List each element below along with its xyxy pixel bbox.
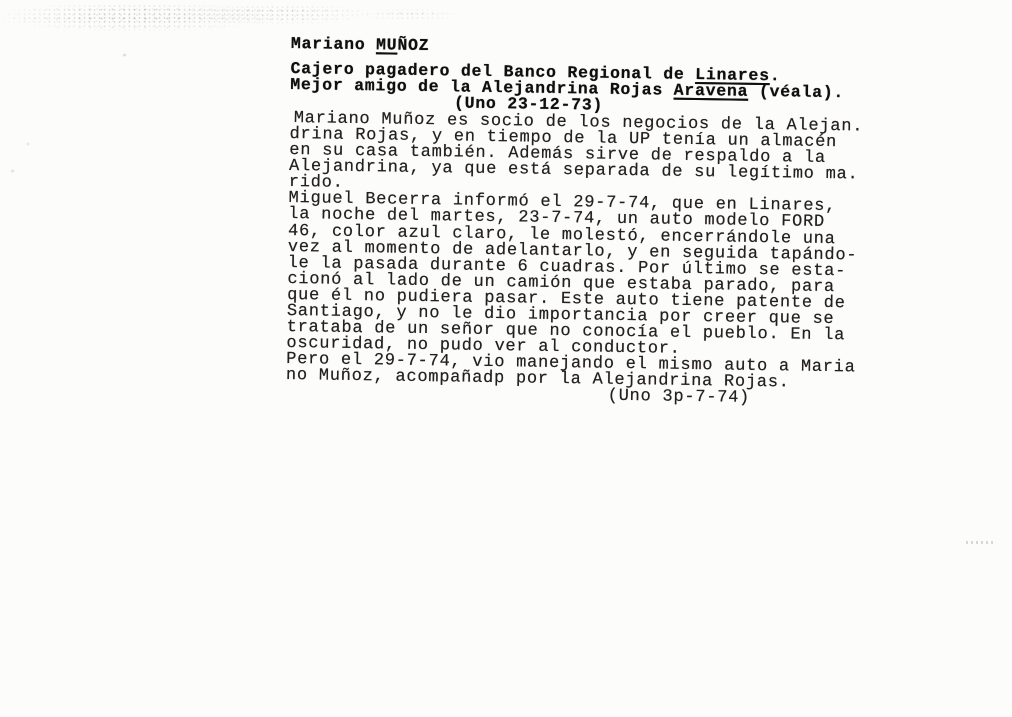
person-name-heading: Mariano MUÑOZ [291,36,871,61]
scan-noise-patch [345,8,475,22]
scan-speck [11,170,14,172]
friend-underlined: Aravena [674,81,749,101]
scan-speck [27,143,29,145]
name-underlined: MU [376,35,398,54]
typewritten-text-block: Mariano MUÑOZ Cajero pagadero del Banco … [286,36,871,409]
scan-dotted-mark [966,541,994,544]
scan-speck [123,54,126,56]
name-suffix: ÑOZ [397,36,429,55]
scanned-document-page: Mariano MUÑOZ Cajero pagadero del Banco … [0,0,1012,717]
friend-suffix: (véala). [748,82,844,102]
name-prefix: Mariano [291,34,376,54]
